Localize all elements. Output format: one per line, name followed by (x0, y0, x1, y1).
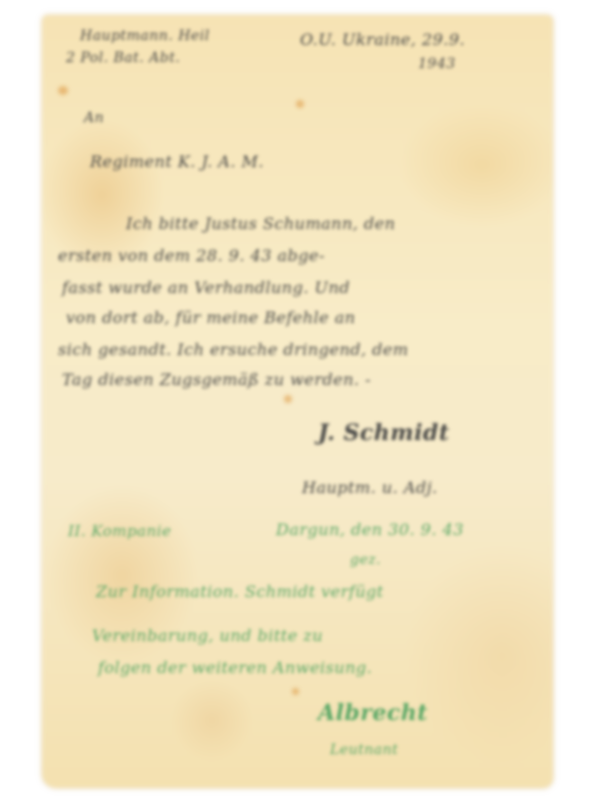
recipient-line: Regiment K. J. A. M. (90, 152, 264, 171)
recipient-label: An (84, 110, 104, 126)
date-year: 1943 (418, 56, 456, 72)
body-line: sich gesandt. Ich ersuche dringend, dem (58, 340, 409, 359)
reply-signature-title: Leutnant (330, 742, 398, 758)
body-line: fasst wurde an Verhandlung. Und (62, 278, 350, 297)
sender-line-2: 2 Pol. Bat. Abt. (66, 50, 180, 66)
reply-line: Zur Information. Schmidt verfügt (96, 582, 384, 601)
reply-place-date: Dargun, den 30. 9. 43 (276, 520, 464, 539)
reply-signature: Albrecht (318, 700, 428, 726)
body-line: Tag diesen Zugsgemäß zu werden. - (62, 370, 371, 389)
body-line: von dort ab, für meine Befehle an (66, 308, 356, 327)
body-line: ersten von dem 28. 9. 43 abge- (58, 246, 325, 265)
signature: J. Schmidt (318, 420, 449, 446)
body-line: Ich bitte Justus Schumann, den (126, 214, 395, 233)
signature-title: Hauptm. u. Adj. (302, 478, 438, 497)
place-date: O.U. Ukraine, 29.9. (300, 30, 465, 49)
reply-date-suffix: gez. (350, 552, 381, 568)
reply-line: folgen der weiteren Anweisung. (98, 658, 372, 677)
reply-to: II. Kompanie (68, 522, 171, 540)
reply-line: Vereinbarung, und bitte zu (92, 626, 323, 645)
sender-line-1: Hauptmann. Heil (80, 28, 210, 44)
